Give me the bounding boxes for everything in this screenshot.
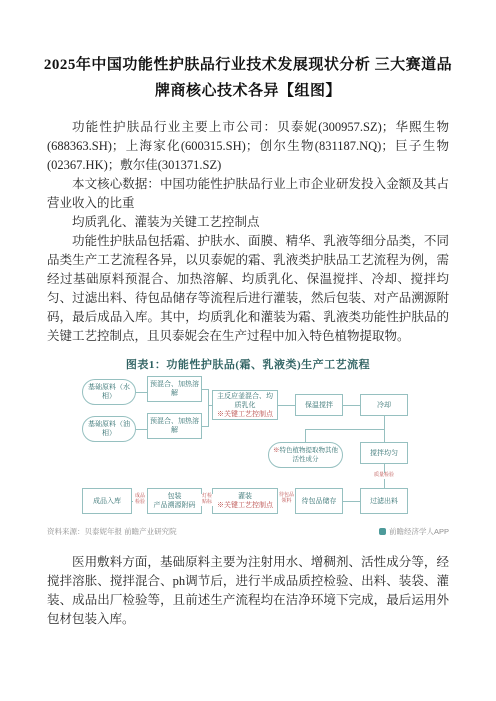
flow-label-final-inspection: 成品检验 [133, 494, 147, 506]
flow-line [136, 392, 147, 393]
process-flowchart: 基础原料（水相） 预混合、加热溶解 基础原料（油相） 预混合、加热溶解 主反应釜… [0, 374, 496, 524]
flow-node-stir-evenly: 搅拌均匀 [360, 442, 408, 464]
flow-node-finished-goods-warehouse: 成品入库 [82, 488, 132, 514]
flow-line [208, 389, 209, 427]
figure-caption: 图表1：功能性护肤品(霜、乳液类)生产工艺流程 [0, 356, 496, 372]
flow-line [305, 429, 385, 430]
flow-node-filter-discharge: 过滤出料 [360, 488, 408, 514]
figure-watermark-text: 前瞻经济学人APP [389, 526, 449, 537]
flow-node-premix-heat-dissolve-1: 预混合、加热溶解 [147, 376, 202, 402]
flow-line [343, 501, 360, 502]
paragraph-core-data: 本文核心数据：中国功能性护肤品行业上市企业研发投入金额及其占营业收入的比重 [47, 175, 449, 213]
figure-watermark: 前瞻经济学人APP [379, 526, 449, 537]
flow-node-plant-extract-additives: ※特色植物提取物其他活性成分 [268, 442, 343, 468]
flow-node-pending-pack-storage: 待包品储存 [295, 488, 343, 514]
article-title: 2025年中国功能性护肤品行业技术发展现状分析 三大赛道品牌商核心技术各异【组图… [40, 52, 456, 104]
flow-node-main-reactor-emulsify: 主反应釜混合、均质乳化 ※关键工艺控制点 [212, 390, 278, 420]
paragraph-process-description: 功能性护肤品包括霜、护肤水、面膜、精华、乳液等细分品类，不同品类生产工艺流程各异… [47, 232, 449, 346]
paragraph-subheading-key-process: 均质乳化、灌装为关键工艺控制点 [47, 213, 449, 232]
paragraph-listed-companies: 功能性护肤品行业主要上市公司：贝泰妮(300957.SZ)；华熙生物(68836… [47, 118, 449, 175]
flow-line [305, 429, 306, 442]
flow-line [278, 405, 295, 406]
flow-label-light-check: 灯检贴标 [200, 494, 214, 506]
flow-node-premix-heat-dissolve-2: 预混合、加热溶解 [147, 413, 202, 439]
flow-label-pending-pack-picking: 待包品领料 [278, 493, 295, 505]
flow-node-cooling: 冷却 [360, 394, 408, 416]
flow-line [136, 429, 147, 430]
qianzhan-logo-icon [379, 528, 386, 535]
flow-node-raw-material-water-phase: 基础原料（水相） [82, 379, 136, 405]
paragraph-medical-dressing: 医用敷料方面，基础原料主要为注射用水、增稠剂、活性成分等，经搅拌溶胀、搅拌混合、… [47, 553, 449, 629]
flow-node-insulated-stirring: 保温搅拌 [295, 394, 343, 416]
flow-node-packaging-traceability: 包装 产品溯源附码 [147, 488, 202, 514]
figure-source-text: 资料来源：贝泰妮年报 前瞻产业研究院 [47, 526, 177, 537]
flow-node-raw-material-oil-phase: 基础原料（油相） [82, 416, 136, 442]
key-control-point-note: ※关键工艺控制点 [217, 410, 273, 419]
flow-node-filling: 灌装 ※关键工艺控制点 [212, 488, 278, 514]
article-page: 2025年中国功能性护肤品行业技术发展现状分析 三大赛道品牌商核心技术各异【组图… [0, 0, 496, 701]
flow-label-quality-inspection: 质量检验 [362, 473, 406, 479]
key-control-point-note: ※关键工艺控制点 [217, 501, 273, 510]
figure-source-row: 资料来源：贝泰妮年报 前瞻产业研究院 前瞻经济学人APP [47, 526, 449, 537]
flow-line [343, 405, 360, 406]
